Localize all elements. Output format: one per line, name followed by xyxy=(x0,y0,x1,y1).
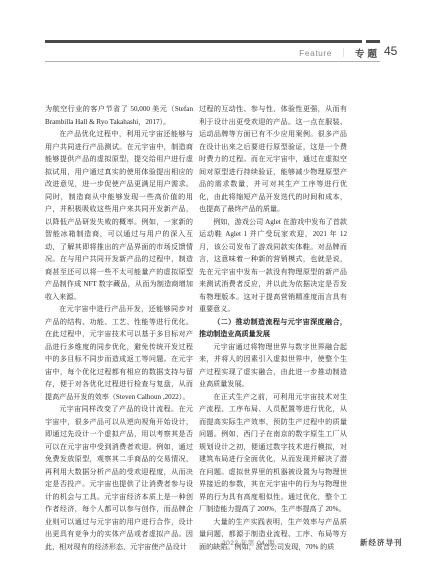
body-paragraph: 大量的生产实践表明，生产效率与产品质量问题，都源于制造业流程、工序、布局等方面的… xyxy=(199,516,347,554)
header-rule-thin xyxy=(45,61,380,62)
page-number: 45 xyxy=(384,44,397,58)
header-rule-accent xyxy=(366,40,380,43)
text-column-right: 过程的互动性、参与性、体验性更强，从而有利于设计出更受欢迎的产品。这一点在服装、… xyxy=(199,103,347,553)
body-paragraph: 为航空行业的客户节省了 50,000 美元（Stefan Brambilla H… xyxy=(45,103,193,128)
section-heading: （二）推动制造流程与元宇宙深度融合，推动制造业高质量发展 xyxy=(199,316,347,341)
body-paragraph: 在产品优化过程中，利用元宇宙还能够与用户共同进行产品测试。在元宇宙中，制造商能够… xyxy=(45,128,193,303)
header-separator: ｜ xyxy=(339,46,348,59)
body-paragraph: 元宇宙同样改变了产品的设计流程。在元宇宙中，很多产品可以从逆向视角开始设计，即通… xyxy=(45,403,193,553)
page-header: Feature ｜ 专题 xyxy=(45,45,380,60)
section-label-en: Feature xyxy=(299,48,332,58)
body-paragraph: 在正式生产之前，可利用元宇宙技术对生产流程、工序布局、人员配置等进行优化，从而提… xyxy=(199,391,347,516)
footer-issue: 2022 年第 04 期 xyxy=(222,538,275,547)
body-paragraph: 过程的互动性、参与性、体验性更强，从而有利于设计出更受欢迎的产品。这一点在服装、… xyxy=(199,103,347,216)
text-column-left: 为航空行业的客户节省了 50,000 美元（Stefan Brambilla H… xyxy=(45,103,193,553)
footer-journal-title: 新经济导刊 xyxy=(360,537,403,548)
body-paragraph: 元宇宙通过将物理世界与数字世界融合起来，并将人的因素引入虚拟世界中，使整个生产过… xyxy=(199,341,347,391)
body-paragraph: 例如，游戏公司 Aglet 在游戏中发布了首款运动鞋 Aglet 1 并广受玩家… xyxy=(199,216,347,316)
section-label-zh: 专题 xyxy=(355,46,380,60)
body-paragraph: 在元宇宙中进行产品开发，还能够同步对产品的结构、功能、工艺、性能等进行优化。在此… xyxy=(45,303,193,403)
header-rule-main xyxy=(45,40,362,43)
journal-page: Feature ｜ 专题 45 为航空行业的客户节省了 50,000 美元（St… xyxy=(0,0,427,575)
